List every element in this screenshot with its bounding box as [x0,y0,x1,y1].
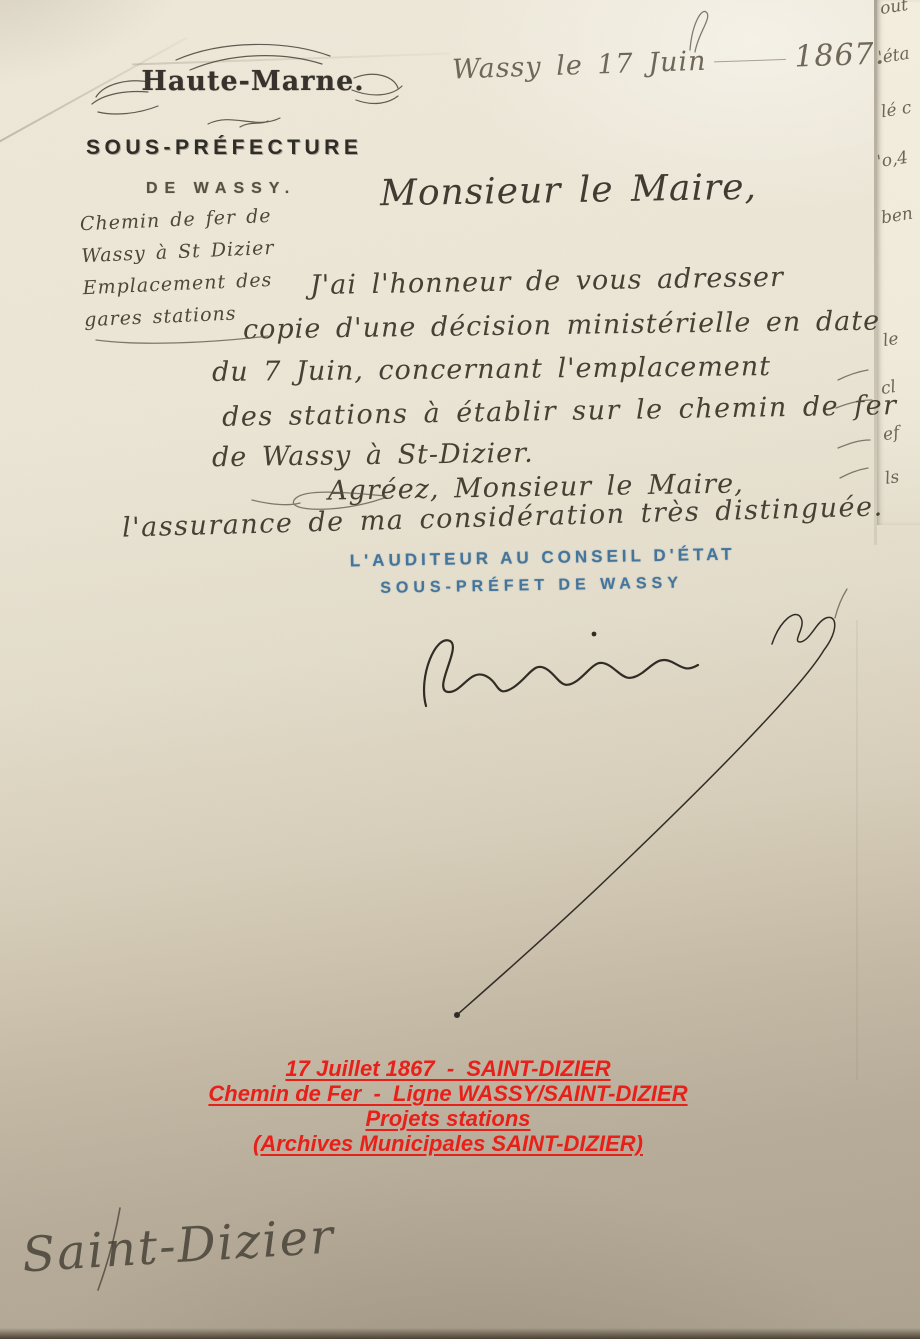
caption-line: 17 Juillet 1867 - SAINT-DIZIER [0,1056,896,1081]
dateline-dash [714,59,786,63]
dateline-place: Wassy le 17 Juin [452,46,707,86]
photo-bottom-edge [0,1328,920,1339]
document-photo: out 'éta lé c 'o,4 ben le cl ef ls Haute… [0,0,920,1339]
caption-line: Chemin de Fer - Ligne WASSY/SAINT-DIZIER [0,1081,896,1106]
edge-fragment: le [882,329,900,351]
letter-body-line: J'ai l'honneur de vous adresser [310,262,784,301]
archival-caption: 17 Juillet 1867 - SAINT-DIZIER Chemin de… [0,1056,896,1156]
letter-body-line: des stations à établir sur le chemin de … [222,390,898,433]
letter-body-line: de Wassy à St-Dizier. [212,438,534,473]
edge-fragment: lé c [880,98,913,123]
fold-crease [856,620,858,1080]
letter-body-line: du 7 Juin, concernant l'emplacement [212,351,771,388]
adjacent-page-strip: out 'éta lé c 'o,4 ben le cl ef ls [877,0,920,525]
fold-crease [132,52,450,65]
letterhead-office: SOUS-PRÉFECTURE [86,136,362,160]
edge-fragment: ls [884,467,901,489]
letterhead-department: Haute-Marne. [138,66,368,97]
bottom-left-note: Saint-Dizier [21,1208,337,1283]
dateline-year: 1867. [794,36,886,74]
letterhead-place: DE WASSY. [146,180,296,198]
edge-fragment: ef [882,423,901,445]
signature [424,614,835,1018]
stamp-line: L'AUDITEUR AU CONSEIL D'ÉTAT [350,545,736,572]
official-stamp: L'AUDITEUR AU CONSEIL D'ÉTAT SOUS-PRÉFET… [350,545,737,599]
edge-fragment: 'o,4 [877,148,910,173]
letter-body-line: copie d'une décision ministérielle en da… [243,306,880,346]
caption-line: Projets stations [0,1106,896,1131]
caption-line: (Archives Municipales SAINT-DIZIER) [0,1131,896,1156]
margin-note-line: gares stations [83,298,237,337]
stamp-line: SOUS-PRÉFET DE WASSY [380,574,736,598]
edge-fragment: out [879,0,910,19]
handwritten-dateline: Wassy le 17 Juin 1867. [452,36,886,86]
letter-salutation: Monsieur le Maire, [380,167,758,215]
edge-fragment: ben [880,204,915,229]
